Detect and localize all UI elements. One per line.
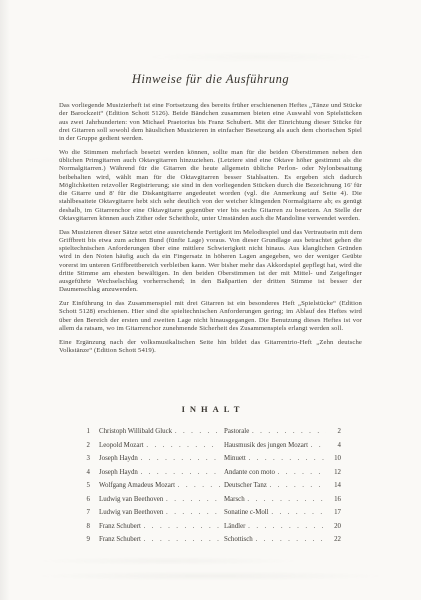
leader-dots bbox=[144, 439, 220, 453]
toc-row: 7 Ludwig van Beethoven Sonatine c-Moll 1… bbox=[80, 506, 341, 520]
leader-dots bbox=[253, 533, 326, 547]
toc-piece-title: Pastorale bbox=[224, 425, 249, 439]
toc-number: 4 bbox=[80, 466, 90, 480]
toc-composer: Joseph Haydn bbox=[99, 452, 138, 466]
document-page: Hinweise für die Ausführung Das vorliege… bbox=[0, 0, 421, 600]
leader-dots bbox=[141, 520, 220, 534]
page-title: Hinweise für die Ausführung bbox=[0, 72, 421, 86]
toc-page-number: 2 bbox=[326, 425, 341, 439]
paragraph-intro: Das vorliegende Musizierheft ist eine Fo… bbox=[59, 102, 362, 143]
toc-piece-title: Andante con moto bbox=[224, 466, 275, 480]
leader-dots bbox=[267, 479, 326, 493]
paragraph-octave-guitars: Wo die Stimmen mehrfach besetzt werden k… bbox=[59, 149, 362, 223]
leader-dots bbox=[163, 506, 220, 520]
toc-piece-title: Marsch bbox=[224, 493, 245, 507]
toc-row: 9 Franz Schubert Schottisch 22 bbox=[80, 533, 341, 547]
leader-dots bbox=[245, 493, 326, 507]
toc-number: 5 bbox=[80, 479, 90, 493]
leader-dots bbox=[141, 533, 220, 547]
toc-page-number: 4 bbox=[326, 439, 341, 453]
toc-number: 9 bbox=[80, 533, 90, 547]
toc-page-number: 17 bbox=[326, 506, 341, 520]
paragraph-technique: Das Musizieren dieser Sätze setzt eine a… bbox=[59, 229, 362, 295]
leader-dots bbox=[138, 466, 220, 480]
toc-composer: Franz Schubert bbox=[99, 520, 141, 534]
toc-page-number: 22 bbox=[326, 533, 341, 547]
toc-row: 8 Franz Schubert Ländler 20 bbox=[80, 520, 341, 534]
toc-piece-title: Hausmusik des jungen Mozart bbox=[224, 439, 308, 453]
instructions-text: Das vorliegende Musizierheft ist eine Fo… bbox=[59, 102, 362, 355]
toc-piece-title: Sonatine c-Moll bbox=[224, 506, 269, 520]
toc-composer: Wolfgang Amadeus Mozart bbox=[99, 479, 175, 493]
toc-page-number: 16 bbox=[326, 493, 341, 507]
toc-row: 4 Joseph Haydn Andante con moto 12 bbox=[80, 466, 341, 480]
toc-number: 2 bbox=[80, 439, 90, 453]
leader-dots bbox=[172, 425, 220, 439]
toc-composer: Franz Schubert bbox=[99, 533, 141, 547]
leader-dots bbox=[138, 452, 220, 466]
toc-row: 6 Ludwig van Beethoven Marsch 16 bbox=[80, 493, 341, 507]
toc-row: 1 Christoph Willibald Gluck Pastorale 2 bbox=[80, 425, 341, 439]
toc-number: 8 bbox=[80, 520, 90, 534]
leader-dots bbox=[275, 466, 326, 480]
toc-piece-title: Schottisch bbox=[224, 533, 253, 547]
leader-dots bbox=[249, 425, 326, 439]
toc-row: 3 Joseph Haydn Minuett 10 bbox=[80, 452, 341, 466]
leader-dots bbox=[163, 493, 220, 507]
paragraph-spielstuecke: Zur Einführung in das Zusammenspiel mit … bbox=[59, 300, 362, 333]
toc-page-number: 10 bbox=[326, 452, 341, 466]
toc-page-number: 20 bbox=[326, 520, 341, 534]
toc-page-number: 12 bbox=[326, 466, 341, 480]
toc-number: 6 bbox=[80, 493, 90, 507]
leader-dots bbox=[245, 520, 326, 534]
toc-number: 7 bbox=[80, 506, 90, 520]
table-of-contents: 1 Christoph Willibald Gluck Pastorale 2 … bbox=[80, 425, 341, 547]
toc-composer: Ludwig van Beethoven bbox=[99, 506, 163, 520]
toc-composer: Christoph Willibald Gluck bbox=[99, 425, 172, 439]
toc-number: 3 bbox=[80, 452, 90, 466]
leader-dots bbox=[246, 452, 326, 466]
toc-piece-title: Deutscher Tanz bbox=[224, 479, 267, 493]
toc-piece-title: Minuett bbox=[224, 452, 246, 466]
toc-row: 5 Wolfgang Amadeus Mozart Deutscher Tanz… bbox=[80, 479, 341, 493]
leader-dots bbox=[175, 479, 220, 493]
toc-piece-title: Ländler bbox=[224, 520, 245, 534]
toc-row: 2 Leopold Mozart Hausmusik des jungen Mo… bbox=[80, 439, 341, 453]
toc-composer: Leopold Mozart bbox=[99, 439, 144, 453]
leader-dots bbox=[269, 506, 326, 520]
contents-heading: INHALT bbox=[0, 404, 421, 414]
toc-page-number: 14 bbox=[326, 479, 341, 493]
toc-composer: Joseph Haydn bbox=[99, 466, 138, 480]
toc-composer: Ludwig van Beethoven bbox=[99, 493, 163, 507]
toc-number: 1 bbox=[80, 425, 90, 439]
leader-dots bbox=[308, 439, 326, 453]
paragraph-volkstaenze: Eine Ergänzung nach der volksmusikalisch… bbox=[59, 339, 362, 356]
